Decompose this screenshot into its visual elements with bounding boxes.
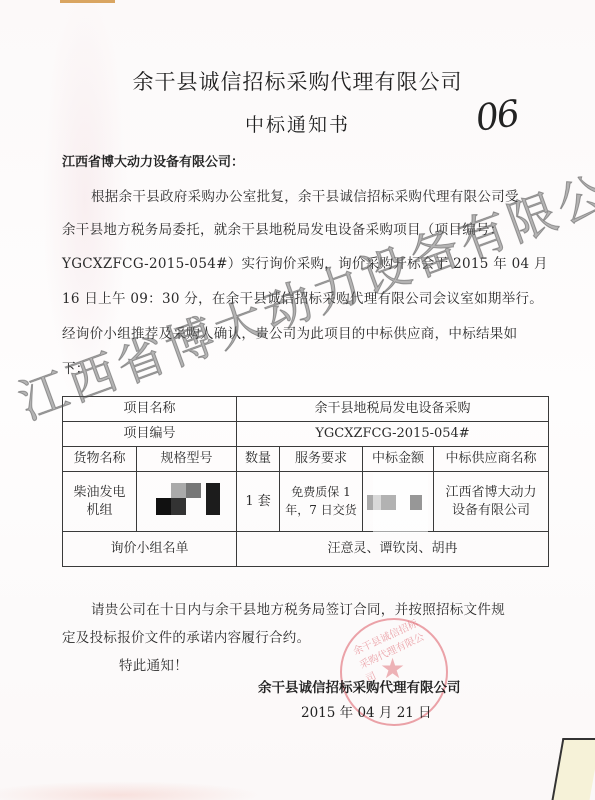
cell-service: 免费质保 1 年，7 日交货	[280, 472, 363, 532]
table-header-row: 货物名称 规格型号 数量 服务要求 中标金额 中标供应商名称	[63, 447, 549, 472]
project-no-label: 项目编号	[63, 422, 237, 447]
goods-name-text: 柴油发电机组	[72, 484, 128, 520]
team-value: 汪意灵、谭钦岗、胡冉	[237, 532, 549, 567]
cell-quantity: 1 套	[237, 472, 280, 532]
supplier-text: 江西省博大动力设备有限公司	[442, 484, 540, 520]
redaction-mosaic	[365, 473, 431, 531]
service-text: 免费质保 1 年，7 日交货	[284, 483, 358, 519]
cell-goods-name: 柴油发电机组	[63, 472, 137, 532]
body-line-5: 经询价小组推荐及采购人确认，贵公司为此项目的中标供应商，中标结果如	[62, 322, 517, 342]
project-name-label: 项目名称	[63, 397, 237, 422]
table-row-team: 询价小组名单 汪意灵、谭钦岗、胡冉	[63, 532, 549, 567]
body-line-4: 16 日上午 09：30 分，在余干县诚信招标采购代理有限公司会议室如期举行。	[62, 287, 543, 307]
redaction-mosaic	[139, 473, 234, 531]
table-row-project-name: 项目名称 余干县地税局发电设备采购	[63, 397, 549, 422]
recipient: 江西省博大动力设备有限公司：	[62, 151, 244, 170]
team-label: 询价小组名单	[63, 532, 237, 567]
tape-strip	[60, 0, 115, 3]
header-goods-name: 货物名称	[63, 447, 137, 472]
body-line-2: 余干县地方税务局委托，就余干县地税局发电设备采购项目（项目编号：	[62, 218, 504, 238]
project-name-value: 余干县地税局发电设备采购	[237, 397, 549, 422]
header-supplier: 中标供应商名称	[434, 447, 549, 472]
cell-amount-redacted	[363, 472, 434, 532]
table-row: 柴油发电机组 1 套 免费质保 1 年，7 日交货 江西省博大动力设备有限公司	[63, 472, 549, 532]
cell-model-redacted	[137, 472, 237, 532]
signature-org: 余干县诚信招标采购代理有限公司	[258, 676, 461, 696]
body-line-3: YGCXZFCG-2015-054#）实行询价采购，询价采购开标会于 2015 …	[62, 252, 548, 272]
handwritten-number: 06	[473, 93, 520, 139]
issuer-title: 余干县诚信招标采购代理有限公司	[0, 66, 595, 96]
header-service: 服务要求	[280, 447, 363, 472]
result-table: 项目名称 余干县地税局发电设备采购 项目编号 YGCXZFCG-2015-054…	[62, 396, 549, 567]
body-line-6: 下：	[62, 357, 90, 377]
signature-date: 2015 年 04 月 21 日	[301, 701, 432, 721]
closing-line-1: 请贵公司在十日内与余干县地方税务局签订合同，并按照招标文件规	[91, 598, 505, 618]
table-row-project-no: 项目编号 YGCXZFCG-2015-054#	[63, 422, 549, 447]
closing-line-2: 定及投标报价文件的承诺内容履行合约。	[62, 626, 310, 646]
header-amount: 中标金额	[363, 447, 434, 472]
notice-text: 特此通知！	[119, 654, 188, 674]
header-model: 规格型号	[137, 447, 237, 472]
header-quantity: 数量	[237, 447, 280, 472]
project-no-value: YGCXZFCG-2015-054#	[237, 422, 549, 447]
cell-supplier: 江西省博大动力设备有限公司	[434, 472, 549, 532]
body-line-1: 根据余干县政府采购办公室批复，余干县诚信招标采购代理有限公司受	[91, 185, 519, 205]
